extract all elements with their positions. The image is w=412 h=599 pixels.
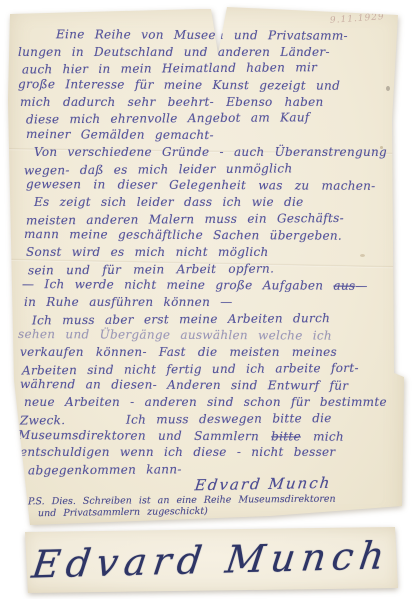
letter-line: Sonst wird es mich nicht möglich	[18, 244, 403, 261]
letter-line: Eine Reihe von Museen und Privatsamm-	[18, 26, 403, 45]
letter-line-text: wegen- daß es mich leider unmöglich	[24, 161, 293, 177]
letter-line-text: sehen und Übergänge auswählen welche ich	[18, 327, 332, 343]
strikethrough-word: aus	[333, 279, 355, 293]
letter-line-text: Ich muss aber erst meine Arbeiten durch	[32, 311, 330, 327]
letter-line: während an diesen- Anderen sind Entwurf …	[18, 376, 403, 395]
letter-line-text: abgegenkommen kann-	[28, 462, 182, 477]
letter-lines: Eine Reihe von Museen und Privatsamm-lun…	[18, 27, 403, 478]
letter-line-text: mich	[301, 429, 344, 443]
strikethrough-word: bitte	[271, 429, 301, 443]
letter-line-text: Museumsdirektoren und Sammlern	[18, 427, 271, 442]
letter-line: lungen in Deutschland und anderen Länder…	[18, 44, 403, 61]
letter-line-text: auch hier in mein Heimatland haben mir	[22, 61, 317, 77]
letter-line: meiner Gemälden gemacht-	[18, 126, 403, 145]
letter-line-text: lungen in Deutschland und anderen Länder…	[18, 45, 330, 59]
signature-strip-shadow: Edvard Munch	[0, 520, 412, 599]
letter-line: große Interesse für meine Kunst gezeigt …	[18, 76, 403, 95]
letter-line: verkaufen können- Fast die meisten meine…	[18, 344, 403, 361]
letter-line-text: — Ich werde nicht meine große Aufgaben	[22, 277, 333, 293]
letter-line-text: —	[355, 279, 367, 293]
letter-line: — Ich werde nicht meine große Aufgaben a…	[18, 276, 403, 295]
letter-line: sehen und Übergänge auswählen welche ich	[18, 326, 403, 345]
date-annotation: 9.11.1929	[330, 12, 385, 27]
letter-line: entschuldigen wenn ich diese - nicht bes…	[18, 444, 403, 461]
ps-line: und Privatsammlern zugeschickt)	[38, 506, 208, 519]
letter-line-text: entschuldigen wenn ich diese - nicht bes…	[20, 445, 335, 459]
letter-line: Von verschiedene Gründe - auch Überanstr…	[18, 144, 403, 161]
letter-signature: Edvard Munch	[194, 475, 333, 494]
letter-line-text: Es zeigt sich leider dass ich wie die	[34, 195, 304, 209]
letter-sheet-shadow: 9.11.1929 Eine Reihe von Museen und Priv…	[0, 0, 412, 530]
letter-line-text: Eine Reihe von Museen und Privatsamm-	[56, 27, 348, 43]
letter-line-text: in Ruhe ausführen können —	[24, 295, 233, 309]
letter-line: Es zeigt sich leider dass ich wie die	[18, 194, 403, 211]
letter-line-text: verkaufen können- Fast die meisten meine…	[20, 345, 337, 359]
signature-strip: Edvard Munch	[25, 527, 398, 593]
letter-line: gewesen in dieser Gelegenheit was zu mac…	[18, 176, 403, 195]
letter-line: mann meine geschäftliche Sachen übergebe…	[18, 226, 403, 245]
clipped-signature: Edvard Munch	[30, 535, 393, 584]
letter-line-text: Von verschiedene Gründe - auch Überanstr…	[34, 145, 387, 159]
letter-line-text: meisten anderen Malern muss ein Geschäft…	[26, 211, 344, 227]
letter-line-text: große Interesse für meine Kunst gezeigt …	[18, 77, 340, 93]
letter-line-text: Sonst wird es mich nicht möglich	[26, 245, 269, 259]
letter-line-text: Arbeiten sind nicht fertig und ich arbei…	[22, 361, 359, 378]
letter-line-text: neue Arbeiten - anderen sind schon für b…	[24, 395, 387, 409]
letter-line: Zweck. Ich muss deswegen bitte die	[18, 409, 403, 429]
letter-line: in Ruhe ausführen können —	[18, 294, 403, 311]
letter-line: Museumsdirektoren und Sammlern bitte mic…	[18, 426, 403, 445]
letter-line-text: Zweck. Ich muss deswegen bitte die	[20, 411, 332, 427]
letter-sheet: 9.11.1929 Eine Reihe von Museen und Priv…	[8, 6, 405, 526]
letter-line: neue Arbeiten - anderen sind schon für b…	[18, 394, 403, 411]
letter-line-text: sein und für mein Arbeit opfern.	[28, 261, 274, 277]
letter-line: mich dadurch sehr beehrt- Ebenso haben	[18, 94, 403, 111]
letter-line-text: gewesen in dieser Gelegenheit was zu mac…	[26, 177, 376, 193]
letter-line-text: diese mich ehrenvolle Angebot am Kauf	[26, 111, 310, 127]
letter-line-text: mich dadurch sehr beehrt- Ebenso haben	[20, 95, 324, 109]
letter-line-text: während an diesen- Anderen sind Entwurf …	[20, 377, 348, 393]
letter-line-text: meiner Gemälden gemacht-	[26, 127, 214, 142]
letter-line-text: mann meine geschäftliche Sachen übergebe…	[24, 227, 342, 243]
letter-photo: 9.11.1929 Eine Reihe von Museen und Priv…	[0, 0, 412, 599]
